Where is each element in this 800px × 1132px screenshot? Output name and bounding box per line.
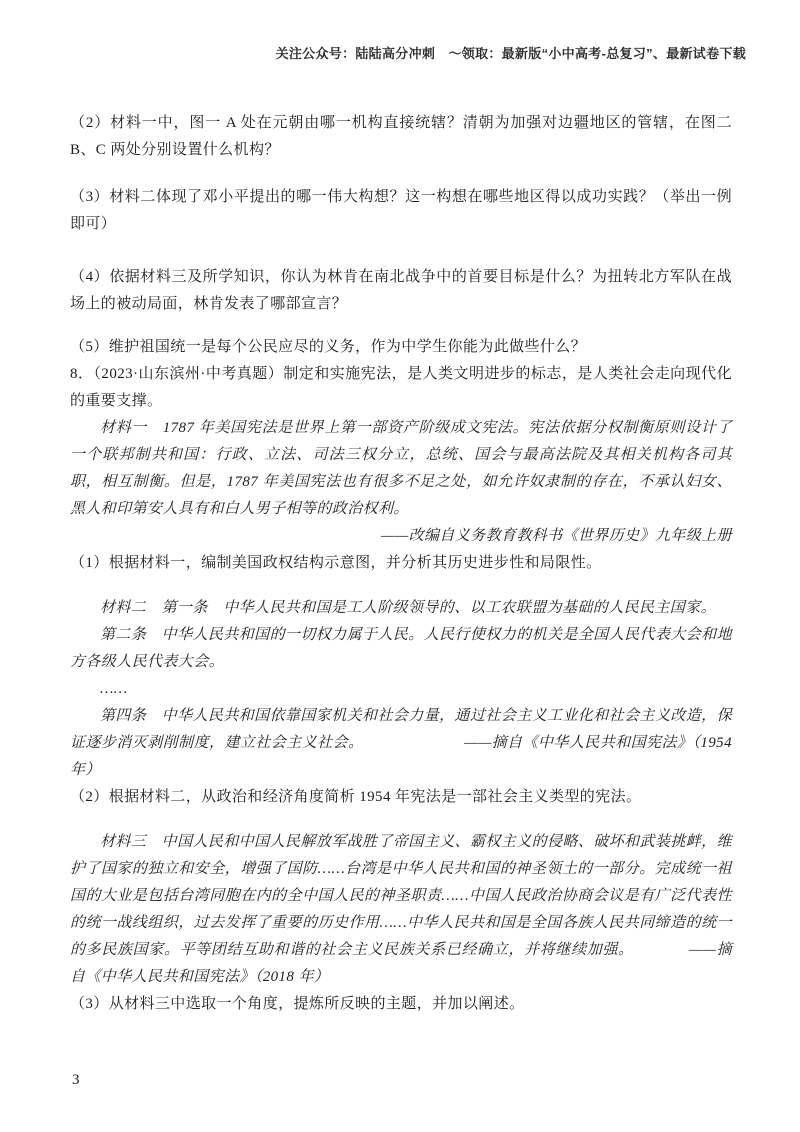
material-2-article-2: 第二条 中华人民共和国的一切权力属于人民。人民行使权力的机关是全国人民代表大会和… <box>70 622 732 676</box>
page-number: 3 <box>72 1067 80 1094</box>
question-5: （5）维护祖国统一是每个公民应尽的义务，作为中学生你能为此做些什么？ <box>70 334 732 361</box>
material-2-article-1: 材料二 第一条 中华人民共和国是工人阶级领导的、以工农联盟为基础的人民民主国家。 <box>70 595 732 622</box>
material-3-paragraph: 材料三 中国人民和中国人民解放军战胜了帝国主义、霸权主义的侵略、破坏和武装挑衅，… <box>70 829 732 991</box>
question-4: （4）依据材料三及所学知识，你认为林肯在南北战争中的首要目标是什么？为扭转北方军… <box>70 264 732 318</box>
question-8-stem: 8．（2023·山东滨州·中考真题）制定和实施宪法，是人类文明进步的标志，是人类… <box>70 361 732 415</box>
material-1-paragraph: 材料一 1787 年美国宪法是世界上第一部资产阶级成文宪法。宪法依据分权制衡原则… <box>70 415 732 523</box>
question-2: （2）材料一中，图一 A 处在元朝由哪一机构直接统辖？清朝为加强对边疆地区的管辖… <box>70 110 732 164</box>
page-header-banner: 关注公众号：陆陆高分冲刺 ～领取：最新版“小中高考-总复习”、最新试卷下载 <box>0 0 800 62</box>
material-1-citation: ——改编自义务教育教科书《世界历史》九年级上册 <box>70 523 732 550</box>
document-page: 关注公众号：陆陆高分冲刺 ～领取：最新版“小中高考-总复习”、最新试卷下载 （2… <box>0 0 800 1132</box>
material-2-article-4: 第四条 中华人民共和国依靠国家机关和社会力量，通过社会主义工业化和社会主义改造，… <box>70 703 732 784</box>
question-8-part-1: （1）根据材料一，编制美国政权结构示意图，并分析其历史进步性和局限性。 <box>70 550 732 577</box>
question-8-part-2: （2）根据材料二，从政治和经济角度简析 1954 年宪法是一部社会主义类型的宪法… <box>70 784 732 811</box>
question-3: （3）材料二体现了邓小平提出的哪一伟大构想？这一构想在哪些地区得以成功实践？（举… <box>70 184 732 238</box>
document-body: （2）材料一中，图一 A 处在元朝由哪一机构直接统辖？清朝为加强对边疆地区的管辖… <box>0 110 800 1018</box>
material-2-ellipsis: …… <box>70 676 732 703</box>
question-8-part-3: （3）从材料三中选取一个角度，提炼所反映的主题，并加以阐述。 <box>70 991 732 1018</box>
